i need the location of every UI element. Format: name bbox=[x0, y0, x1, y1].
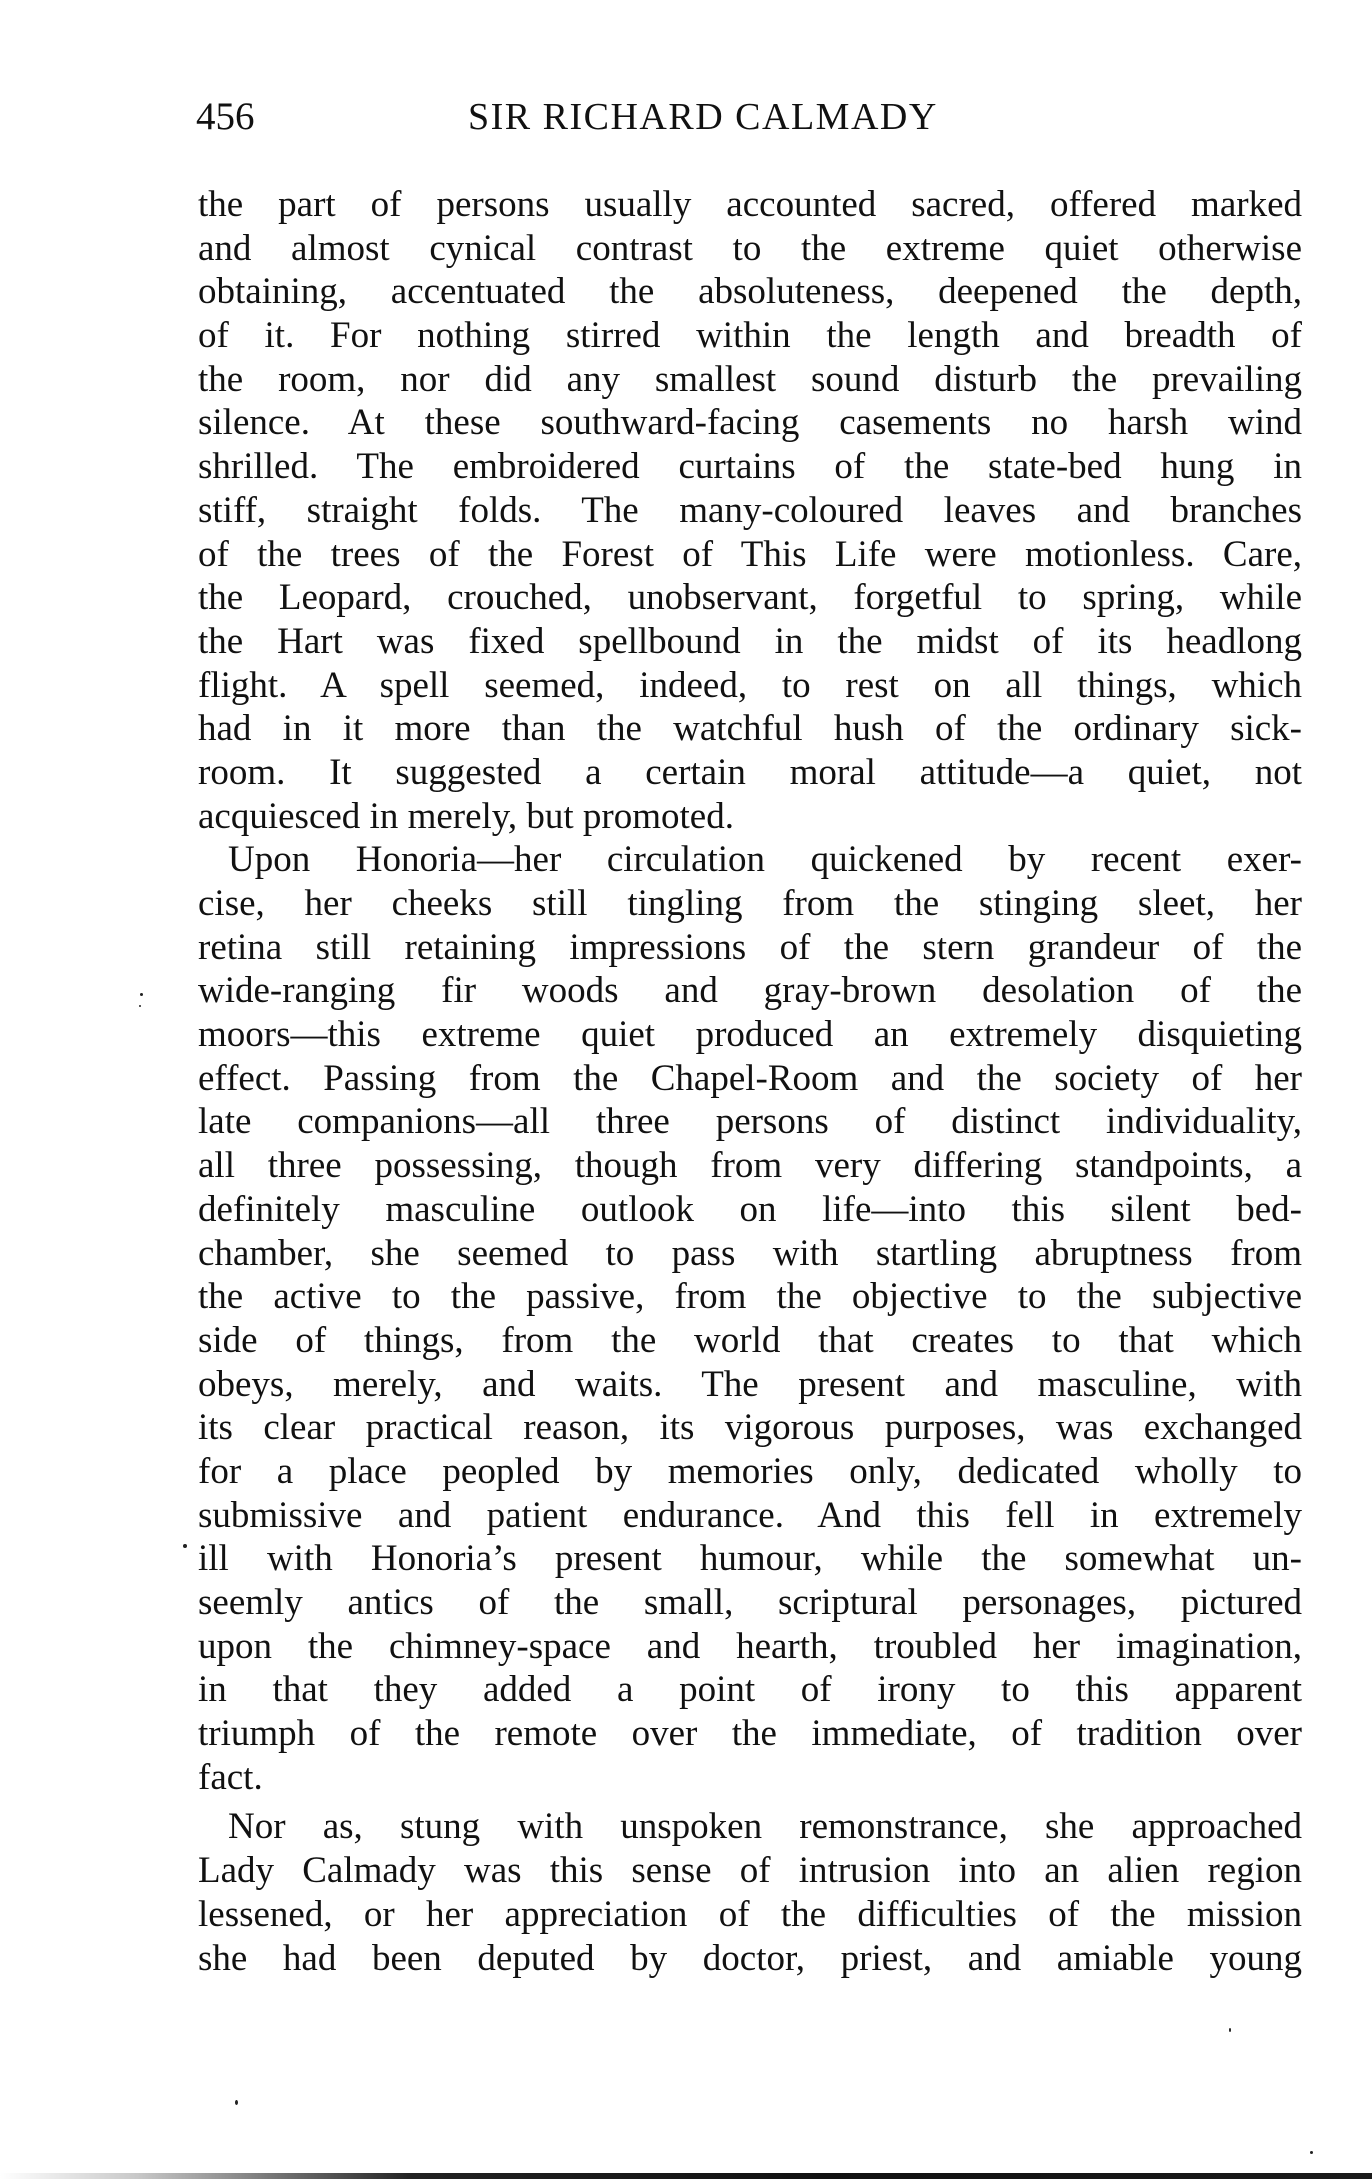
scan-speck bbox=[235, 2100, 238, 2105]
text-line: its clear practical reason, its vigorous… bbox=[198, 1406, 1302, 1450]
text-line: acquiesced in merely, but promoted. bbox=[198, 795, 1302, 839]
paragraph-2: Upon Honoria—her circulation quickened b… bbox=[198, 838, 1302, 1799]
page-number: 456 bbox=[196, 92, 255, 142]
scan-speck bbox=[1229, 2028, 1231, 2032]
text-line: she had been deputed by doctor, priest, … bbox=[198, 1937, 1302, 1981]
text-line: retina still retaining impressions of th… bbox=[198, 926, 1302, 970]
text-line: wide-ranging fir woods and gray-brown de… bbox=[198, 969, 1302, 1013]
text-line: submissive and patient endurance. And th… bbox=[198, 1494, 1302, 1538]
text-line: seemly antics of the small, scriptural p… bbox=[198, 1581, 1302, 1625]
scan-speck bbox=[140, 993, 143, 996]
scan-speck bbox=[139, 1005, 141, 1007]
text-line: chamber, she seemed to pass with startli… bbox=[198, 1232, 1302, 1276]
text-line: room. It suggested a certain moral attit… bbox=[198, 751, 1302, 795]
body-text: the part of persons usually accounted sa… bbox=[198, 183, 1302, 1980]
text-line: effect. Passing from the Chapel-Room and… bbox=[198, 1057, 1302, 1101]
text-line: of it. For nothing stirred within the le… bbox=[198, 314, 1302, 358]
text-line: stiff, straight folds. The many-coloured… bbox=[198, 489, 1302, 533]
text-line: lessened, or her appreciation of the dif… bbox=[198, 1893, 1302, 1937]
scan-speck bbox=[1310, 2151, 1313, 2154]
text-line: ill with Honoria’s present humour, while… bbox=[198, 1537, 1302, 1581]
paragraph-3: Nor as, stung with unspoken remonstrance… bbox=[198, 1805, 1302, 1980]
text-line: Lady Calmady was this sense of intrusion… bbox=[198, 1849, 1302, 1893]
text-line: side of things, from the world that crea… bbox=[198, 1319, 1302, 1363]
text-line: shrilled. The embroidered curtains of th… bbox=[198, 445, 1302, 489]
text-line: obeys, merely, and waits. The present an… bbox=[198, 1363, 1302, 1407]
text-line: upon the chimney-space and hearth, troub… bbox=[198, 1625, 1302, 1669]
text-line: and almost cynical contrast to the extre… bbox=[198, 227, 1302, 271]
text-line: late companions—all three persons of dis… bbox=[198, 1100, 1302, 1144]
text-line: flight. A spell seemed, indeed, to rest … bbox=[198, 664, 1302, 708]
text-line: definitely masculine outlook on life—int… bbox=[198, 1188, 1302, 1232]
text-line: all three possessing, though from very d… bbox=[198, 1144, 1302, 1188]
text-line: fact. bbox=[198, 1756, 1302, 1800]
text-line: the room, nor did any smallest sound dis… bbox=[198, 358, 1302, 402]
paragraph-1: the part of persons usually accounted sa… bbox=[198, 183, 1302, 838]
running-head: 456 SIR RICHARD CALMADY bbox=[196, 92, 1302, 142]
text-line: Upon Honoria—her circulation quickened b… bbox=[198, 838, 1302, 882]
scan-speck bbox=[183, 1544, 187, 1548]
text-line: cise, her cheeks still tingling from the… bbox=[198, 882, 1302, 926]
text-line: had in it more than the watchful hush of… bbox=[198, 707, 1302, 751]
scan-edge bbox=[0, 2173, 1372, 2179]
text-line: in that they added a point of irony to t… bbox=[198, 1668, 1302, 1712]
text-line: the active to the passive, from the obje… bbox=[198, 1275, 1302, 1319]
text-line: moors—this extreme quiet produced an ext… bbox=[198, 1013, 1302, 1057]
text-line: silence. At these southward-facing casem… bbox=[198, 401, 1302, 445]
book-page: 456 SIR RICHARD CALMADY the part of pers… bbox=[0, 0, 1372, 2179]
text-line: the Hart was fixed spellbound in the mid… bbox=[198, 620, 1302, 664]
text-line: triumph of the remote over the immediate… bbox=[198, 1712, 1302, 1756]
text-line: the part of persons usually accounted sa… bbox=[198, 183, 1302, 227]
text-line: for a place peopled by memories only, de… bbox=[198, 1450, 1302, 1494]
running-title: SIR RICHARD CALMADY bbox=[468, 92, 938, 142]
text-line: Nor as, stung with unspoken remonstrance… bbox=[198, 1805, 1302, 1849]
text-line: the Leopard, crouched, unobservant, forg… bbox=[198, 576, 1302, 620]
text-line: obtaining, accentuated the absoluteness,… bbox=[198, 270, 1302, 314]
text-line: of the trees of the Forest of This Life … bbox=[198, 533, 1302, 577]
